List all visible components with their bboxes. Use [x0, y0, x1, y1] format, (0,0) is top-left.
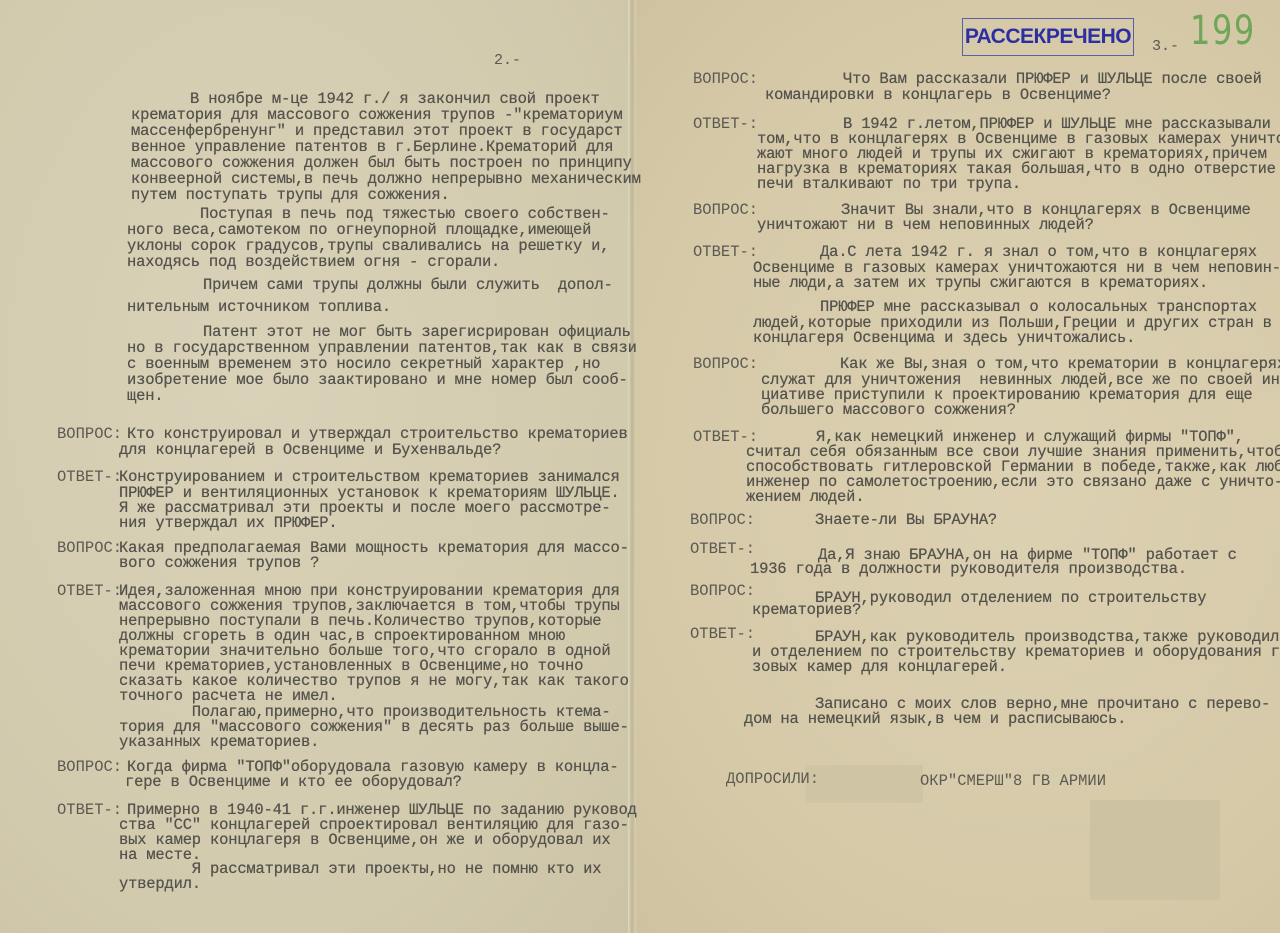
signature-label: ДОПРОСИЛИ:: [726, 772, 819, 787]
text-line: утвердил.: [119, 877, 201, 892]
answer-label: ОТВЕТ-:: [57, 584, 122, 599]
page-fold: [628, 0, 636, 933]
text-line: жением людей.: [746, 490, 864, 505]
text-line: ного веса,самотеком по огнеупорной площа…: [127, 223, 591, 238]
text-line: печи вталкивают по три трупа.: [757, 177, 1021, 192]
text-line: венное управление патентов в г.Берлине.К…: [131, 140, 613, 155]
text-line: Причем сами трупы должны были служить до…: [203, 278, 613, 293]
text-line: крематориев?: [752, 603, 861, 618]
question-label: ВОПРОС:: [690, 513, 755, 528]
text-line: командировки в концлагерь в Освенциме?: [765, 88, 1111, 103]
text-line: массового сожжения должен был быть постр…: [131, 156, 632, 171]
text-line: ные люди,а затем их трупы сжигаются в кр…: [753, 276, 1208, 291]
answer-label: ОТВЕТ-:: [57, 470, 122, 485]
text-line: уклоны сорок градусов,трупы сваливались …: [127, 239, 609, 254]
closing-line: дом на немецкий язык,в чем и расписываюс…: [744, 712, 1126, 727]
question-label: ВОПРОС:: [57, 541, 122, 556]
text-line: Как же Вы,зная о том,что крематории в ко…: [840, 357, 1280, 372]
question-label: ВОПРОС:: [693, 72, 758, 87]
text-line: Поступая в печь под тяжестью своего собс…: [200, 207, 610, 222]
text-line: ния утверждал их ПРЮФЕР.: [119, 516, 337, 531]
text-line: крематория для массового сожжения трупов…: [131, 108, 622, 123]
text-line: уничтожают ни в чем неповинных людей?: [757, 218, 1094, 233]
signature-unit: ОКР"СМЕРШ"8 ГВ АРМИИ: [920, 774, 1106, 789]
text-line: нительным источником топлива.: [127, 300, 391, 315]
text-line: Что Вам рассказали ПРЮФЕР и ШУЛЬЦЕ после…: [843, 72, 1262, 87]
text-line: зовых камер для концлагерей.: [752, 660, 1007, 675]
redacted-area: [805, 765, 923, 803]
text-line: массенфербренунг" и представил этот прое…: [131, 124, 622, 139]
declassified-stamp: РАССЕКРЕЧЕНО: [962, 18, 1134, 56]
text-line: изобретение мое было заактировано и мне …: [127, 373, 628, 388]
question-label: ВОПРОС:: [693, 203, 758, 218]
answer-label: ОТВЕТ-:: [690, 542, 755, 557]
page-number-right: 3.-: [1152, 38, 1179, 55]
text-line: щен.: [127, 389, 163, 404]
text-line: гере в Освенциме и кто ее оборудовал?: [125, 775, 462, 790]
question-label: ВОПРОС:: [693, 357, 758, 372]
text-line: для концлагерей в Освенциме и Бухенвальд…: [119, 443, 501, 458]
page-number-left: 2.-: [494, 52, 521, 69]
answer-label: ОТВЕТ-:: [693, 245, 758, 260]
handwritten-page-number: 199: [1190, 8, 1256, 54]
question-label: ВОПРОС:: [690, 584, 755, 599]
text-line: конвеерной системы,в печь должно непреры…: [131, 172, 641, 187]
text-line: с военным временем это носило секретный …: [127, 357, 600, 372]
text-line: большего массового сожжения?: [761, 403, 1016, 418]
answer-label: ОТВЕТ-:: [690, 627, 755, 642]
text-line: Кто конструировал и утверждал строительс…: [127, 427, 628, 442]
text-line: БРАУН,руководил отделением по строительс…: [815, 591, 1206, 606]
answer-label: ОТВЕТ-:: [693, 117, 758, 132]
text-line: указанных крематориев.: [119, 735, 319, 750]
redacted-area: [1090, 800, 1220, 900]
text-line: Да.С лета 1942 г. я знал о том,что в кон…: [820, 245, 1257, 260]
text-line: Знаете-ли Вы БРАУНА?: [815, 513, 997, 528]
text-line: вого сожжения трупов ?: [119, 556, 319, 571]
text-line: но в государственном управлении патентов…: [127, 341, 637, 356]
text-line: Патент этот не мог быть зарегисрирован о…: [203, 325, 631, 340]
question-label: ВОПРОС:: [57, 427, 122, 442]
text-line: Конструированием и строительством кремат…: [119, 470, 620, 485]
text-line: путем поступать трупы для сожжения.: [131, 188, 450, 203]
text-line: В ноябре м-це 1942 г./ я закончил свой п…: [190, 92, 600, 107]
text-line: точного расчета не имел.: [119, 689, 337, 704]
answer-label: ОТВЕТ-:: [57, 803, 122, 818]
text-line: концлагеря Освенцима и здесь уничтожалис…: [753, 331, 1135, 346]
text-line: 1936 года в должности руководителя произ…: [750, 562, 1187, 577]
question-label: ВОПРОС:: [57, 760, 122, 775]
text-line: находясь под воздействием огня - сгорали…: [127, 255, 500, 270]
text-line: ПРЮФЕР мне рассказывал о колосальных тра…: [820, 300, 1257, 315]
